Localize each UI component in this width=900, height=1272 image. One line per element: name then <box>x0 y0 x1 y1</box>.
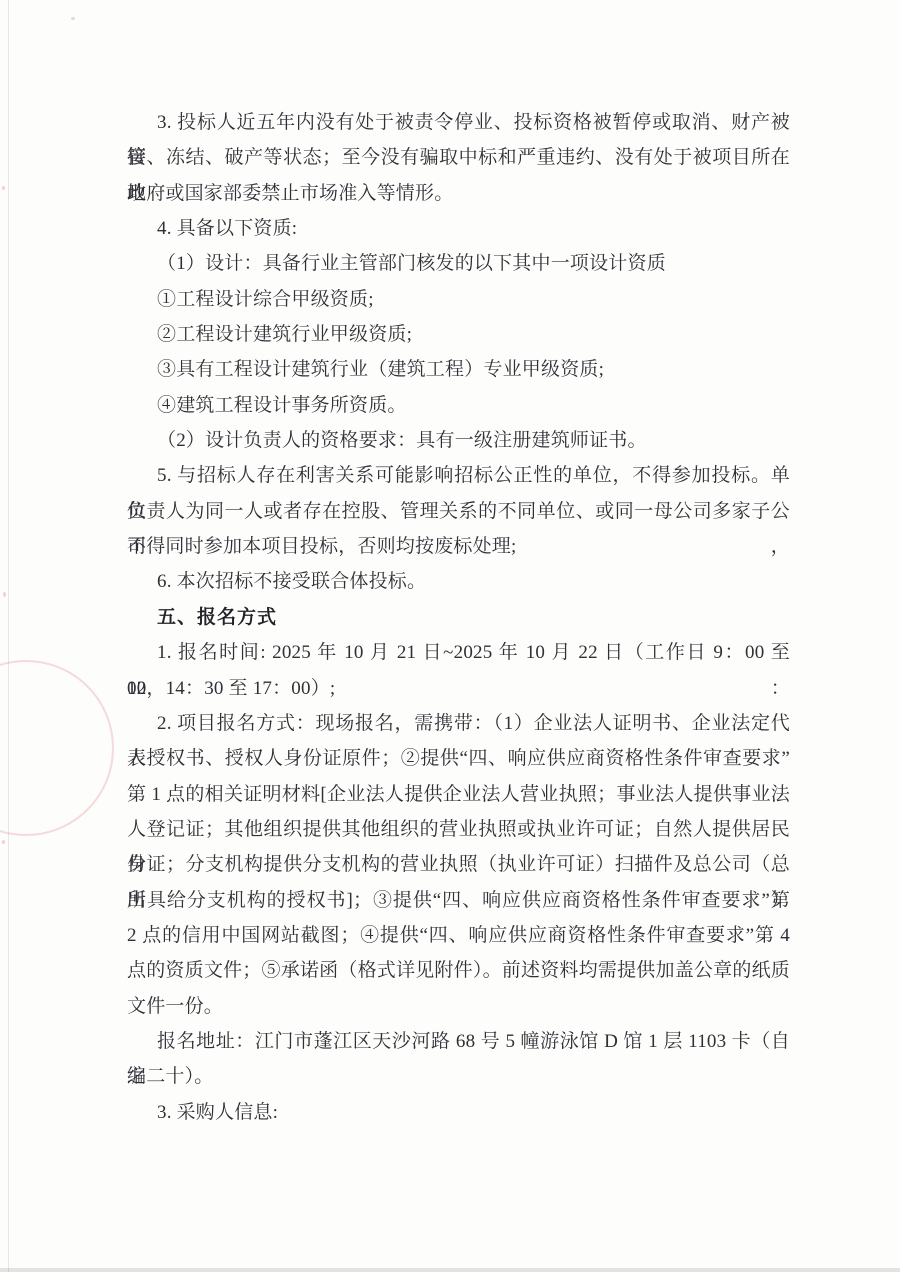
scan-edge-line <box>8 0 9 1272</box>
list-item-circled-1: ①工程设计综合甲级资质; <box>127 282 790 317</box>
text-line: 2 点的信用中国网站截图；④提供“四、响应供应商资格性条件审查要求”第 4 <box>127 918 790 953</box>
text-line: 份证；分支机构提供分支机构的营业执照（执业许可证）扫描件及总公司（总所） <box>127 847 790 882</box>
text-line: 人授权书、授权人身份证原件；②提供“四、响应供应商资格性条件审查要求” <box>127 741 790 776</box>
registration-time-line: 1. 报名时间: 2025 年 10 月 21 日~2025 年 10 月 22… <box>127 635 790 670</box>
scan-speck <box>71 17 75 20</box>
text-line: 人登记证；其他组织提供其他组织的营业执照或执业许可证；自然人提供居民身 <box>127 812 790 847</box>
text-line: （1）设计：具备行业主管部门核发的以下其中一项设计资质 <box>127 246 790 281</box>
text-line: 出具给分支机构的授权书]；③提供“四、响应供应商资格性条件审查要求”第 <box>127 883 790 918</box>
section-heading-registration: 五、报名方式 <box>127 600 790 635</box>
red-seal-arc <box>0 660 114 836</box>
list-item-circled-3: ③具有工程设计建筑行业（建筑工程）专业甲级资质; <box>127 352 790 387</box>
registration-address-line: 之二十）。 <box>127 1059 790 1094</box>
document-body: 3. 投标人近五年内没有处于被责令停业、投标资格被暂停或取消、财产被接 管、冻结… <box>127 105 790 1130</box>
text-line: 负责人为同一人或者存在控股、管理关系的不同单位、或同一母公司多家子公司， <box>127 494 790 529</box>
text-line: 管、冻结、破产等状态；至今没有骗取中标和严重违约、没有处于被项目所在地 <box>127 140 790 175</box>
text-line: 文件一份。 <box>127 989 790 1024</box>
text-line: 第 1 点的相关证明材料[企业法人提供企业法人营业执照；事业法人提供事业法 <box>127 777 790 812</box>
text-line: 3. 采购人信息: <box>127 1095 790 1130</box>
list-item-circled-4: ④建筑工程设计事务所资质。 <box>127 388 790 423</box>
text-line: 3. 投标人近五年内没有处于被责令停业、投标资格被暂停或取消、财产被接 <box>127 105 790 140</box>
scan-bottom-shadow <box>0 1268 900 1272</box>
document-page: 3. 投标人近五年内没有处于被责令停业、投标资格被暂停或取消、财产被接 管、冻结… <box>0 0 900 1272</box>
scan-speck <box>2 840 5 844</box>
text-line: 政府或国家部委禁止市场准入等情形。 <box>127 176 790 211</box>
registration-address-line: 报名地址：江门市蓬江区天沙河路 68 号 5 幢游泳馆 D 馆 1 层 1103… <box>127 1024 790 1059</box>
text-line: 5. 与招标人存在利害关系可能影响招标公正性的单位，不得参加投标。单位 <box>127 458 790 493</box>
text-line: 6. 本次招标不接受联合体投标。 <box>127 564 790 599</box>
scan-speck <box>3 592 6 597</box>
text-line: 4. 具备以下资质: <box>127 211 790 246</box>
text-line: 2. 项目报名方式：现场报名，需携带：（1）企业法人证明书、企业法定代表 <box>127 706 790 741</box>
scan-speck <box>2 186 5 190</box>
list-item-circled-2: ②工程设计建筑行业甲级资质; <box>127 317 790 352</box>
text-line: （2）设计负责人的资格要求：具有一级注册建筑师证书。 <box>127 423 790 458</box>
text-line: 点的资质文件；⑤承诺函（格式详见附件）。前述资料均需提供加盖公章的纸质 <box>127 953 790 988</box>
